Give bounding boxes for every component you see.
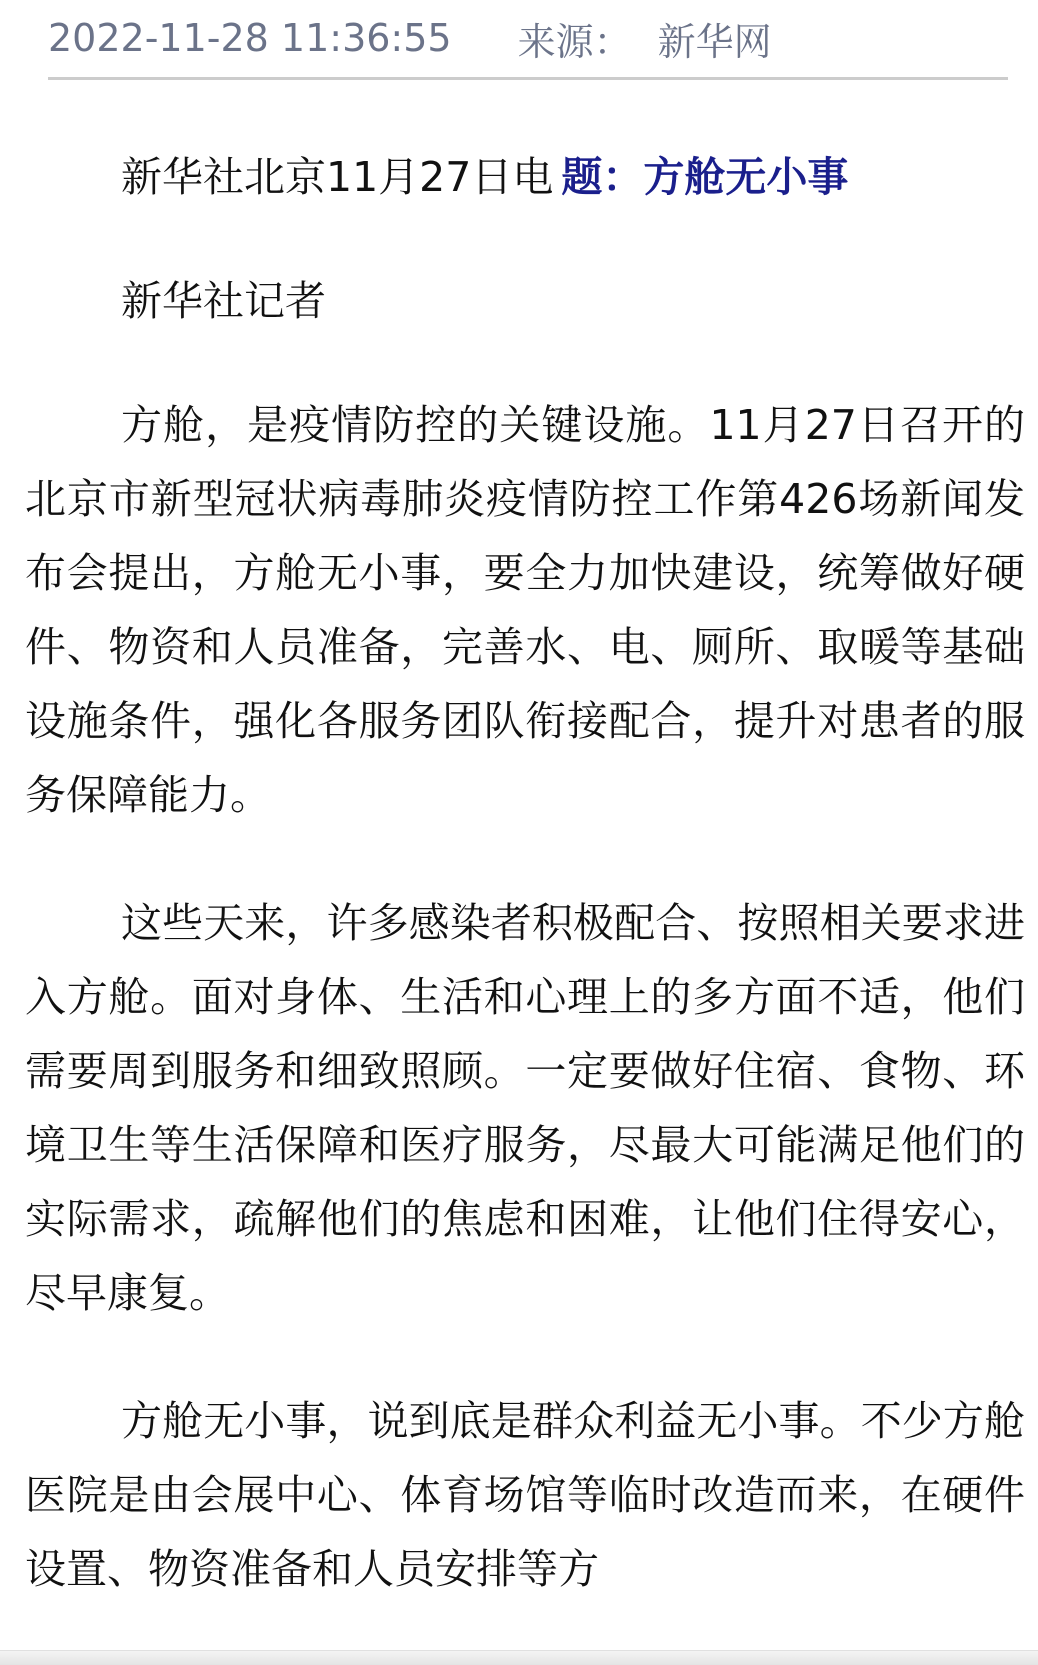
dateline: 新华社北京11月27日电 <box>121 153 553 201</box>
bottom-edge-shadow <box>0 1650 1038 1665</box>
title-text: 方舱无小事 <box>643 153 848 201</box>
paragraph-3: 方舱无小事，说到底是群众利益无小事。不少方舱医院是由会展中心、体育场馆等临时改造… <box>25 1384 1025 1606</box>
paragraph-1: 方舱，是疫情防控的关键设施。11月27日召开的北京市新型冠状病毒肺炎疫情防控工作… <box>25 388 1025 832</box>
paragraph-2: 这些天来，许多感染者积极配合、按照相关要求进入方舱。面对身体、生活和心理上的多方… <box>25 886 1025 1330</box>
article-title: 题：方舱无小事 <box>561 153 848 201</box>
author-byline: 新华社记者 <box>25 264 1025 338</box>
header-divider <box>48 77 1008 80</box>
source-label: 来源： <box>518 11 632 66</box>
dateline-paragraph: 新华社北京11月27日电题：方舱无小事 <box>25 140 1025 214</box>
source-name: 新华网 <box>658 11 772 66</box>
article-meta-bar: 2022-11-28 11:36:55 来源： 新华网 <box>48 12 1008 64</box>
title-prefix: 题： <box>561 153 643 201</box>
publish-timestamp: 2022-11-28 11:36:55 <box>48 16 452 60</box>
article-body: 新华社北京11月27日电题：方舱无小事 新华社记者 方舱，是疫情防控的关键设施。… <box>25 140 1025 1660</box>
